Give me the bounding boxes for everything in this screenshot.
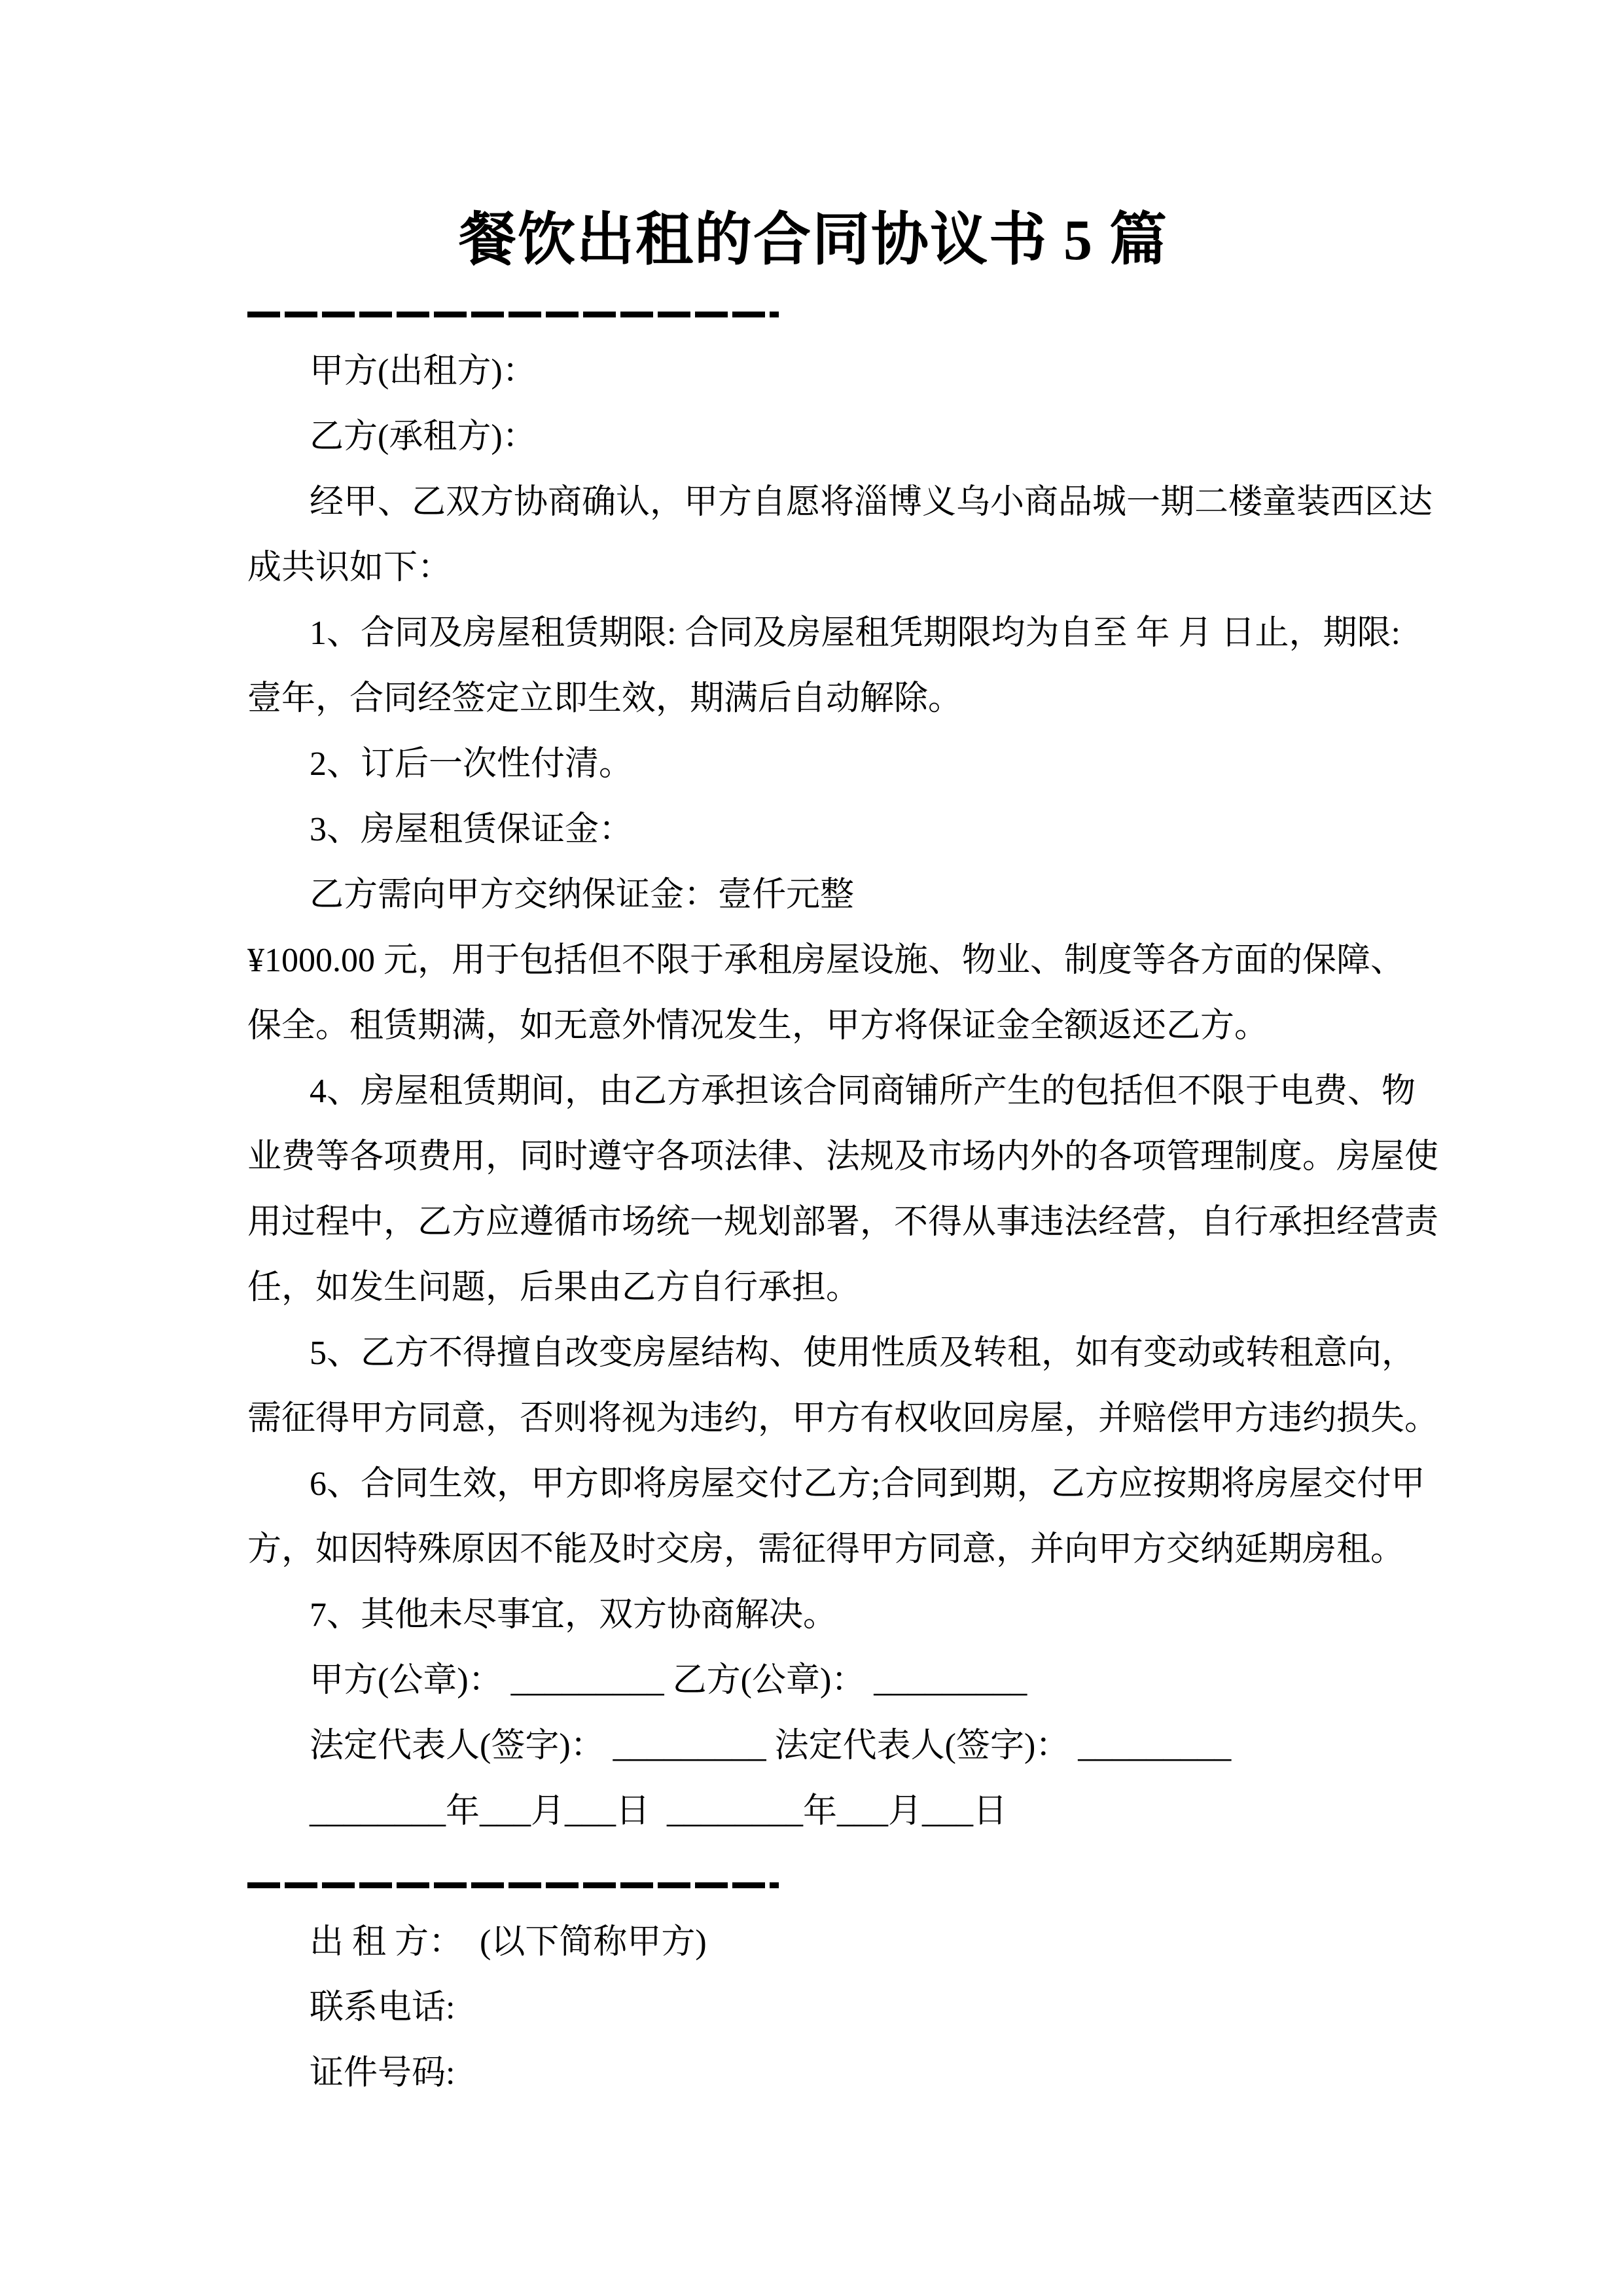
clause-7-line: 7、其他未尽事宜，双方协商解决。: [247, 1583, 1380, 1648]
preamble-line-1: 经甲、乙双方协商确认，甲方自愿将淄博义乌小商品城一期二楼童装西区达: [247, 470, 1380, 535]
clause-2-line: 2、订后一次性付清。: [247, 732, 1380, 797]
party-a-line: 甲方(出租方)：: [247, 339, 1380, 404]
seal-signature-line: 甲方(公章)： _________ 乙方(公章)： _________: [247, 1648, 1380, 1713]
date-line: ________年___月___日 ________年___月___日: [247, 1779, 1380, 1844]
document-title: 餐饮出租的合同协议书 5 篇: [247, 208, 1380, 274]
divider-top-bar: [247, 312, 779, 317]
clause-4-line-3: 用过程中，乙方应遵循市场统一规划部署，不得从事违法经营，自行承担经营责: [247, 1190, 1380, 1255]
clause-3-line: 3、房屋租赁保证金：: [247, 797, 1380, 863]
preamble-line-2: 成共识如下：: [247, 535, 1380, 601]
clause-5-line-2: 需征得甲方同意，否则将视为违约，甲方有权收回房屋，并赔偿甲方违约损失。: [247, 1386, 1380, 1452]
divider-bottom: [247, 1844, 1380, 1910]
divider-bottom-bar: [247, 1882, 779, 1888]
clause-1-line-2: 壹年，合同经签定立即生效，期满后自动解除。: [247, 666, 1380, 732]
representative-signature-line: 法定代表人(签字)： _________ 法定代表人(签字)： ________…: [247, 1713, 1380, 1779]
clause-1-line-1: 1、合同及房屋租赁期限: 合同及房屋租凭期限均为自至 年 月 日止，期限:: [247, 601, 1380, 666]
deposit-line-1: 乙方需向甲方交纳保证金：壹仟元整: [247, 863, 1380, 928]
document-body: 餐饮出租的合同协议书 5 篇甲方(出租方)：乙方(承租方)：经甲、乙双方协商确认…: [247, 208, 1380, 2106]
deposit-line-2: ¥1000.00 元，用于包括但不限于承租房屋设施、物业、制度等各方面的保障、: [247, 928, 1380, 994]
document-page: 餐饮出租的合同协议书 5 篇甲方(出租方)：乙方(承租方)：经甲、乙双方协商确认…: [0, 0, 1623, 2296]
divider-top: [247, 274, 1380, 339]
lessor-line: 出 租 方： (以下简称甲方): [247, 1910, 1380, 1975]
contact-phone-line: 联系电话:: [247, 1975, 1380, 2041]
clause-6-line-2: 方，如因特殊原因不能及时交房，需征得甲方同意，并向甲方交纳延期房租。: [247, 1517, 1380, 1583]
clause-4-line-4: 任，如发生问题，后果由乙方自行承担。: [247, 1255, 1380, 1321]
id-number-line: 证件号码:: [247, 2041, 1380, 2106]
clause-6-line-1: 6、合同生效，甲方即将房屋交付乙方;合同到期，乙方应按期将房屋交付甲: [247, 1452, 1380, 1517]
deposit-line-3: 保全。租赁期满，如无意外情况发生，甲方将保证金全额返还乙方。: [247, 994, 1380, 1059]
clause-4-line-2: 业费等各项费用，同时遵守各项法律、法规及市场内外的各项管理制度。房屋使: [247, 1124, 1380, 1190]
clause-4-line-1: 4、房屋租赁期间，由乙方承担该合同商铺所产生的包括但不限于电费、物: [247, 1059, 1380, 1124]
clause-5-line-1: 5、乙方不得擅自改变房屋结构、使用性质及转租，如有变动或转租意向，: [247, 1321, 1380, 1386]
party-b-line: 乙方(承租方)：: [247, 404, 1380, 470]
